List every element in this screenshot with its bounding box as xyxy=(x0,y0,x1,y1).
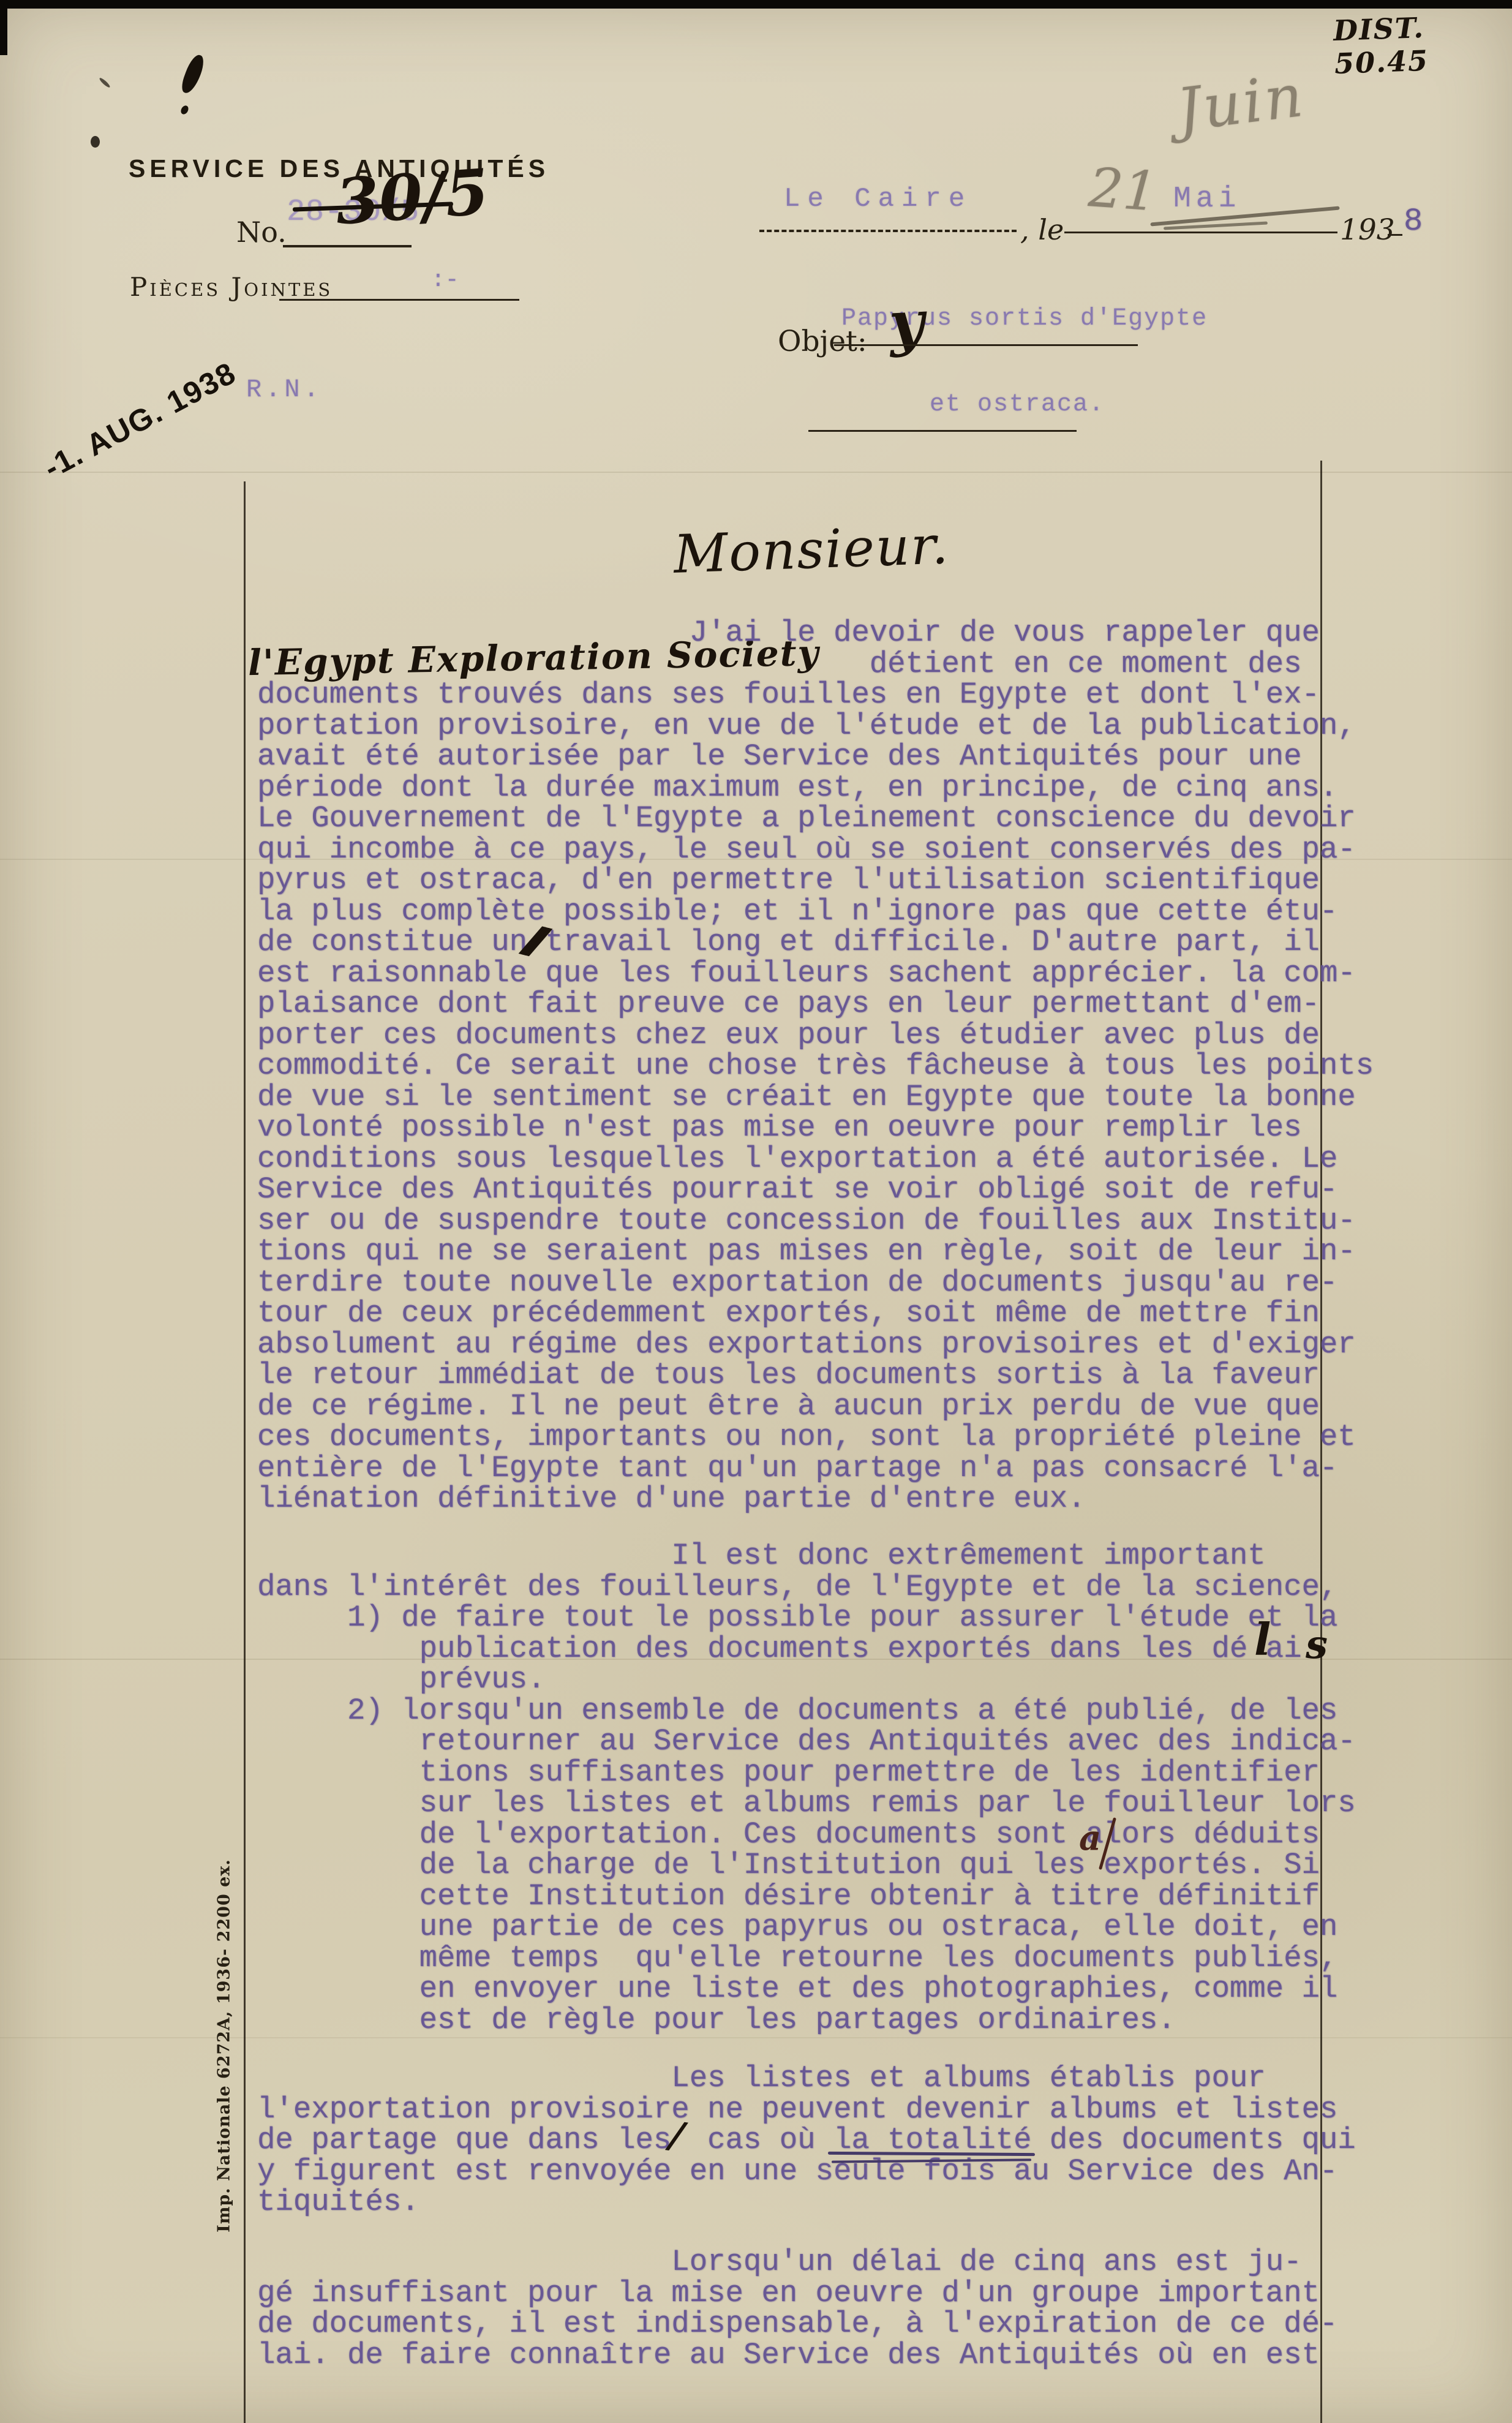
no-label: No. xyxy=(236,216,287,249)
objet-line2: et ostraca. xyxy=(930,391,1105,418)
letter-page: DIST. 50.45 SERVICE DES ANTIQUITÉS No. 2… xyxy=(0,0,1512,2423)
year-dash-rule xyxy=(1388,234,1402,236)
paper-speck xyxy=(99,77,111,88)
margin-rule-left xyxy=(244,481,246,2423)
ink-speck xyxy=(179,104,190,115)
no-underline-rule xyxy=(283,245,412,247)
objet-underline-2 xyxy=(808,430,1077,432)
received-date-stamp: -1. AUG. 1938 xyxy=(38,355,242,486)
month-struck: Mai xyxy=(1173,183,1241,216)
dateline-rule-right xyxy=(1064,232,1337,233)
objet-underline-1 xyxy=(834,344,1138,346)
scan-edge-top xyxy=(0,0,1512,9)
pieces-underline-rule xyxy=(279,299,519,301)
year-digit: 8 xyxy=(1404,203,1423,239)
pieces-jointes-value: :- xyxy=(431,267,459,293)
dateline-le-label: , le xyxy=(1020,213,1064,246)
day-handwritten: 21 xyxy=(1087,156,1160,224)
objet-correction-y: y xyxy=(887,287,926,360)
pieces-jointes-label: Pièces Jointes xyxy=(130,272,333,302)
month-handwritten: Juin xyxy=(1173,61,1309,145)
reference-initials: R.N. xyxy=(246,375,323,404)
year-printed: 193 xyxy=(1340,213,1395,247)
dateline-rule-left xyxy=(759,230,1017,232)
insert-letter-l: l xyxy=(1254,1613,1271,1665)
paper-hole xyxy=(91,136,100,148)
body-paragraph-2: Il est donc extrêmement important dans l… xyxy=(257,1540,1356,2035)
body-paragraph-3: Les listes et albums établis pour l'expo… xyxy=(257,2063,1356,2218)
dateline-place: Le Caire xyxy=(784,184,972,214)
dist-annotation: DIST. 50.45 xyxy=(1333,8,1512,80)
printer-imprint: Imp. Nationale 6272A, 1936- 2200 ex. xyxy=(215,1859,234,2233)
insert-letter-a: a xyxy=(1079,1818,1101,1858)
ink-blot xyxy=(179,53,206,96)
scan-edge-corner xyxy=(0,0,7,55)
salutation: Monsieur. xyxy=(672,514,950,586)
body-paragraph-4: Lorsqu'un délai de cinq ans est ju- gé i… xyxy=(257,2247,1337,2370)
insert-letter-s: s xyxy=(1306,1622,1328,1668)
no-handwritten-number: 30/5 xyxy=(333,155,491,239)
body-paragraph-1: J'ai le devoir de vous rappeler que déti… xyxy=(257,617,1374,1515)
fold-crease xyxy=(0,472,1512,473)
